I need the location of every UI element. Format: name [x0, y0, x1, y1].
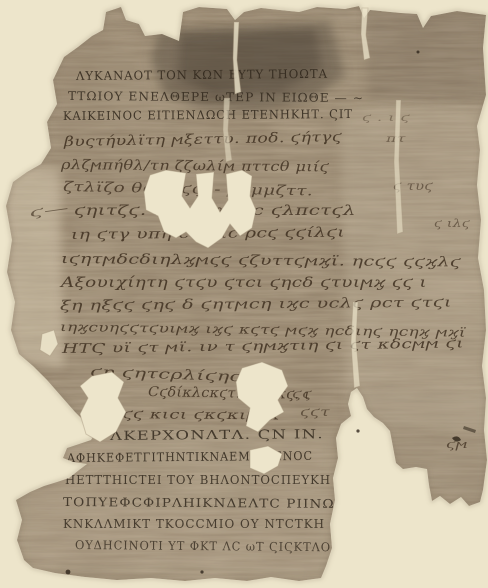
manuscript-line: ΛΥΚΑΝΑΟΤ ΤΟΝ ΚΩΝ ΕΥΤΥ ΤΗΟΩΤΑ	[75, 67, 328, 83]
manuscript-line: ΚΝΚΛΛΜΙΚΤ ΤΚΟϹϹΜΙΟ ΟΥ ΝΤϹΤΚΗ	[63, 517, 325, 531]
manuscript-line: ϛϛτ	[300, 405, 330, 419]
manuscript-line: ΗΕΤΤΤΗΙϹΤΕΙ ΤΟΥ ΒΗΛΟΝΤΟϹΠΕΥΚΗ	[65, 473, 331, 487]
ink-speck	[356, 429, 359, 432]
manuscript-line: ΤΟΠΥΕΦϹΦΙΡΛΗΙΚΝΔΕΛΤϹ ΡΙΙΝΩΡ	[63, 495, 345, 511]
manuscript-line: Αξουιχίητη ϛτϛυ ϛτϲι ϛηϲδ ϛτυιϻϗ ϛϛ ι	[58, 275, 427, 291]
papyrus-photo: ΛΥΚΑΝΑΟΤ ΤΟΝ ΚΩΝ ΕΥΤΥ ΤΗΟΩΤΑΤΤΩΙΟΥ ΕΝΕΛΘ…	[0, 0, 488, 588]
ink-speck	[66, 570, 71, 575]
manuscript-line: ϛ . ι ϛ	[362, 113, 410, 124]
manuscript-line: ΚΑΙΚΕΙΝΟϹ ΕΙΤΙΕΝΔΩϹΗ ΕΤΕΝΗΚΗΤ. ϚΙΤ	[63, 107, 353, 123]
manuscript-line: ϛ ιλϛ	[434, 217, 471, 230]
manuscript-line: ξη ηξϛϛ ϛηϛ δ ϛητϻϲη ιϗϲ υϲλϛ ρϲτ ϛτϛι	[60, 295, 452, 314]
ink-speck	[417, 51, 420, 54]
papyrus-image: ΛΥΚΑΝΑΟΤ ΤΟΝ ΚΩΝ ΕΥΤΥ ΤΗΟΩΤΑΤΤΩΙΟΥ ΕΝΕΛΘ…	[0, 0, 488, 588]
manuscript-line: ϛϛ	[292, 387, 312, 401]
manuscript-line: ΛΚΕΡΧΟΝΛΤΛ. ϚΝ ΙΝ.	[109, 426, 324, 443]
manuscript-line: ρλζϻπήθλ/τη ζζωλίϻ πττϲθ μιίϛ	[60, 157, 329, 175]
manuscript-line: ΤΤΩΙΟΥ ΕΝΕΛΘΕΡΕ ωΤΕΡ ΙΝ ΕΙΩΘΕ — ~	[68, 89, 364, 105]
ink-speck	[200, 570, 203, 573]
manuscript-line: ΟΥΔΗϹΙΝΟΤΙ ΥΤ ΦΚΤ ΛϹ ωΤ ϚΙϚΚΤΛΟ	[75, 538, 331, 554]
